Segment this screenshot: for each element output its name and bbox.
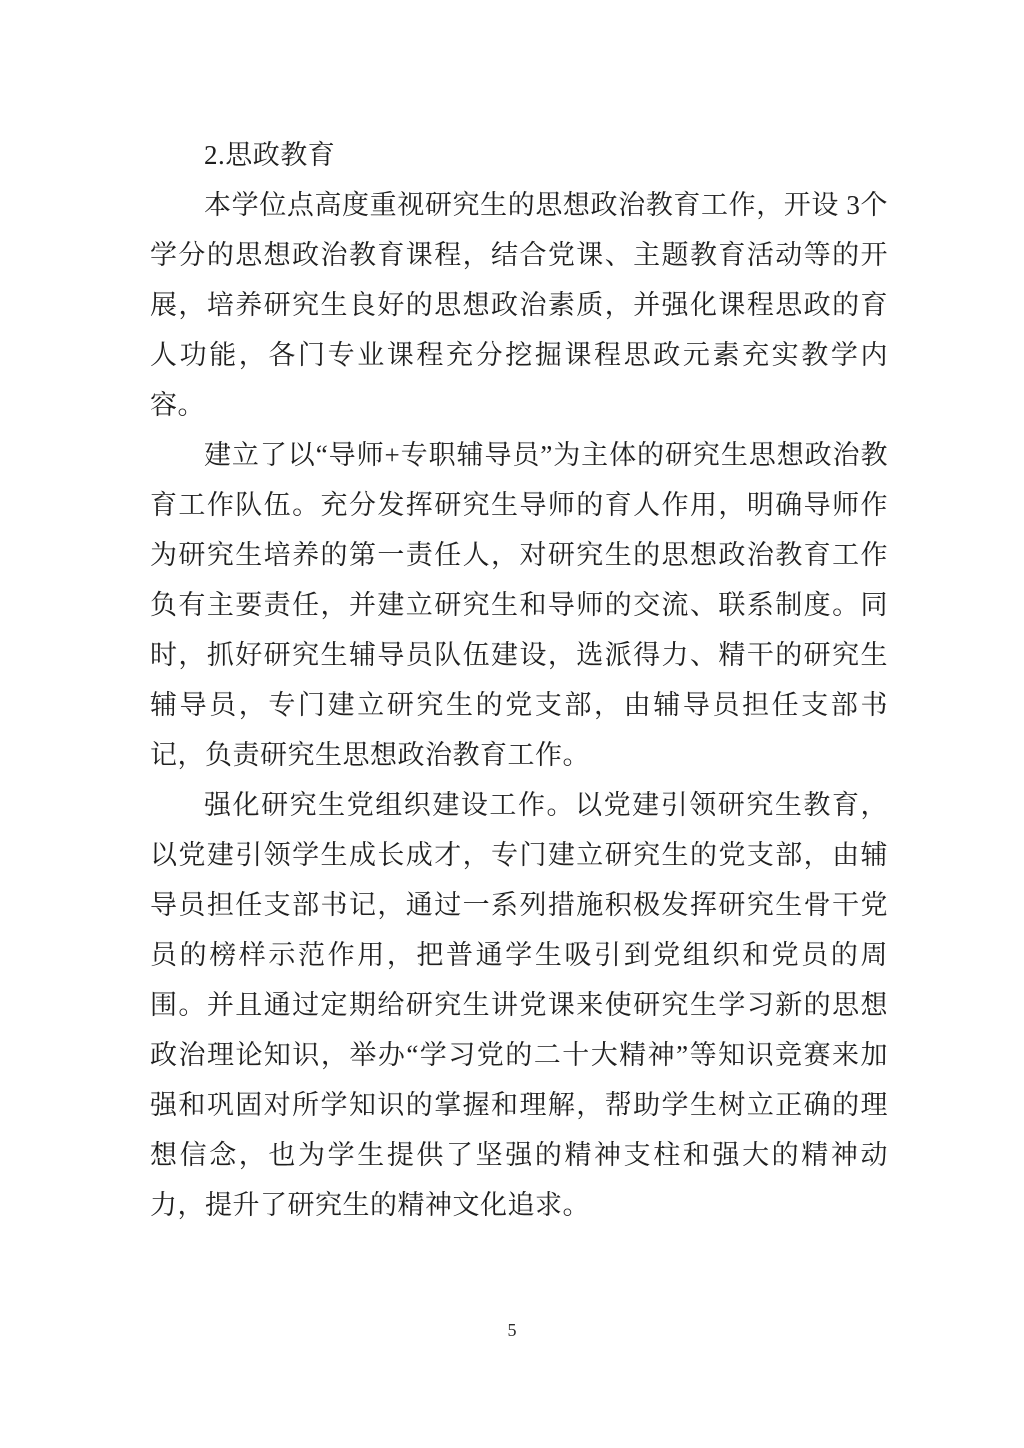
body-paragraph: 建立了以“导师+专职辅导员”为主体的研究生思想政治教育工作队伍。充分发挥研究生导… <box>150 430 888 780</box>
section-heading: 2.思政教育 <box>150 130 888 180</box>
document-page: 2.思政教育 本学位点高度重视研究生的思想政治教育工作，开设 3个学分的思想政治… <box>0 0 1024 1448</box>
page-number: 5 <box>0 1318 1024 1342</box>
body-paragraph: 本学位点高度重视研究生的思想政治教育工作，开设 3个学分的思想政治教育课程，结合… <box>150 180 888 430</box>
body-paragraph: 强化研究生党组织建设工作。以党建引领研究生教育，以党建引领学生成长成才，专门建立… <box>150 780 888 1230</box>
document-body: 2.思政教育 本学位点高度重视研究生的思想政治教育工作，开设 3个学分的思想政治… <box>150 130 888 1230</box>
